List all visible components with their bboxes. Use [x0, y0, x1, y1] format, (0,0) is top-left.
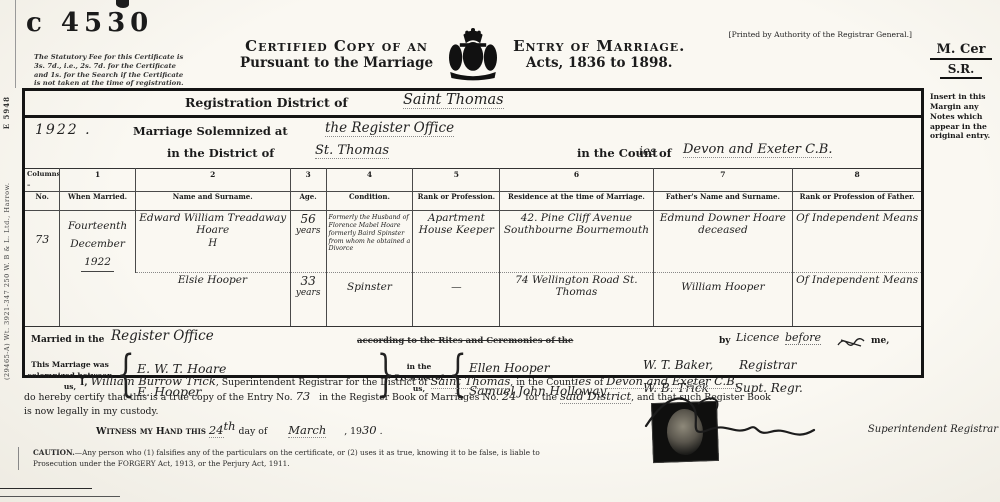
witness-day-suffix: th [224, 419, 236, 433]
superintendent-registrar-label: Superintendent Registrar [868, 424, 998, 435]
marriage-register-table: Columns: – 1 2 3 4 5 6 7 8 No. When Marr… [25, 168, 921, 326]
line2-c: for the [525, 392, 557, 403]
bride-age: 33 [293, 274, 324, 288]
printed-by-authority-note: [Printed by Authority of the Registrar G… [729, 30, 912, 39]
header-father-name: Father's Name and Surname. [653, 192, 793, 211]
registration-district-value: Saint Thomas [403, 92, 504, 109]
columns-label: Columns: – [25, 169, 60, 192]
line2-b: in the Register Book of Marriages No. [319, 392, 499, 403]
statutory-fee-note: The Statutory Fee for this Certificate i… [34, 53, 186, 88]
groom-name-mark: H [138, 238, 288, 249]
caution-text: —Any person who (1) falsifies any of the… [33, 448, 540, 468]
margin-code-mcer: M. Cer [930, 42, 992, 60]
district-label: in the District of [167, 146, 274, 160]
groom-age-unit: years [293, 226, 324, 236]
header-when-married: When Married. [60, 192, 135, 211]
bride-name-cell: Elsie Hooper [135, 273, 290, 327]
year-handwritten: 30 [362, 423, 377, 437]
caution-label: CAUTION. [33, 448, 75, 457]
bride-age-cell: 33 years [290, 273, 326, 327]
married-in-place: Register Office [111, 328, 214, 344]
after-name-text: , Superintendent Registrar for the Distr… [216, 377, 428, 388]
bottom-left-rule-2 [0, 496, 120, 497]
header-father-rank: Rank or Profession of Father. [793, 192, 921, 211]
said-district: said District [560, 389, 631, 404]
scribble-mark [837, 337, 865, 349]
certificate-body-box: Registration District of Saint Thomas 19… [22, 88, 924, 378]
by-label: by [719, 336, 731, 346]
groom-age-cell: 56 years [290, 211, 326, 273]
entry-year: 1922 . [35, 122, 92, 138]
header-age: Age. [290, 192, 326, 211]
bride-condition: Spinster [326, 273, 413, 327]
witness-end: . [380, 426, 383, 437]
groom-age: 56 [293, 212, 324, 226]
count-of: of [594, 377, 603, 388]
margin-code-sr: S.R. [940, 62, 982, 79]
registrar-title: Registrar [739, 358, 796, 372]
counties-value: Devon and Exeter C.B. [683, 142, 832, 158]
count-ies: ies [575, 374, 591, 388]
certifier-name: William Burrow Trick [91, 374, 216, 388]
column-number-1: 1 [60, 169, 135, 192]
column-number-3: 3 [290, 169, 326, 192]
married-in-row: Married in the Register Office according… [25, 326, 921, 353]
caution-note: CAUTION.—Any person who (1) falsifies an… [18, 447, 581, 470]
title-acts: Acts, 1836 to 1898. [513, 55, 685, 71]
groom-father-rank: Of Independent Means [793, 211, 921, 273]
solemnized-label: Marriage Solemnized at [133, 124, 288, 138]
bottom-left-rule-1 [0, 488, 92, 489]
header-condition: Condition. [326, 192, 413, 211]
bride-father-rank: Of Independent Means [793, 273, 921, 327]
licence-word: Licence [736, 331, 779, 344]
column-number-7: 7 [653, 169, 793, 192]
title-certified-copy: Certified Copy of an [240, 37, 433, 55]
entry-number-cell: 73 [25, 211, 60, 327]
column-number-5: 5 [413, 169, 500, 192]
groom-condition: Formerly the Husband of Florence Mabel H… [326, 211, 413, 273]
certified-district: Saint Thomas [431, 374, 511, 389]
margin-codes: M. Cer S.R. [930, 42, 992, 79]
left-margin-code: E 5948 [2, 96, 11, 129]
witness-label: Witness my Hand this [96, 426, 206, 437]
witness-month: March [288, 423, 326, 438]
header-no: No. [25, 192, 60, 211]
registration-district-label: Registration District of [185, 95, 348, 110]
left-edge-line [15, 0, 16, 88]
witness-day: 24 [209, 423, 224, 438]
title-entry-of-marriage: Entry of Marriage. [513, 37, 685, 55]
i-label: I, [80, 377, 88, 388]
district-value: St. Thomas [315, 143, 389, 159]
column-number-2: 2 [135, 169, 290, 192]
groom-residence: 42. Pine Cliff Avenue Southbourne Bourne… [500, 211, 653, 273]
counties-of-label: of [659, 146, 672, 160]
count-label: , in the Count [510, 377, 574, 388]
solemnized-place: the Register Office [325, 120, 454, 137]
header-rank-profession: Rank or Profession. [413, 192, 500, 211]
me-label: me, [871, 336, 889, 346]
title-pursuant: Pursuant to the Marriage [240, 55, 433, 71]
column-number-8: 8 [793, 169, 921, 192]
certificate-number: c 4530 [26, 8, 153, 38]
solemnized-row: 1922 . Marriage Solemnized at the Regist… [25, 118, 921, 168]
line2-a: do hereby certify that this is a true co… [24, 392, 293, 403]
groom-name: Edward William Treadaway Hoare [138, 212, 288, 236]
bride-father-name: William Hooper [653, 273, 793, 327]
groom-name-cell: Edward William Treadaway Hoare H [135, 211, 290, 273]
masthead: Certified Copy of an Pursuant to the Mar… [240, 25, 726, 83]
certification-line-1: I, William Burrow Trick, Superintendent … [24, 375, 976, 390]
insert-margin-note: Insert in this Margin any Notes which ap… [930, 92, 1000, 141]
masthead-right: Entry of Marriage. Acts, 1836 to 1898. [513, 37, 685, 71]
royal-coat-of-arms-icon [443, 25, 503, 83]
bride-residence: 74 Wellington Road St. Thomas [500, 273, 653, 327]
table-row-groom: 73 Fourteenth December 1922 Edward Willi… [25, 211, 921, 273]
column-headers-row: No. When Married. Name and Surname. Age.… [25, 192, 921, 211]
year-printed: , 19 [344, 426, 362, 437]
table-row-bride: Elsie Hooper 33 years Spinster — 74 Well… [25, 273, 921, 327]
when-married-month: December [62, 235, 132, 253]
when-married-year: 1922 [81, 253, 114, 272]
column-number-6: 6 [500, 169, 653, 192]
left-margin-printers-code: (29465-A) Wt. 3921-347 250 W. B & L. Ltd… [3, 130, 11, 380]
marriage-certificate-page: c 4530 The Statutory Fee for this Certif… [0, 0, 1000, 502]
masthead-left: Certified Copy of an Pursuant to the Mar… [240, 37, 433, 71]
registrar-signature-scrawl [638, 390, 888, 452]
counties-ies-overwrite: ies [639, 144, 656, 158]
when-married-day: Fourteenth [62, 217, 132, 235]
groom-father-name: Edmund Downer Hoare deceased [653, 211, 793, 273]
married-in-label: Married in the [31, 335, 104, 345]
book-no: 24 [502, 389, 517, 403]
groom-rank: Apartment House Keeper [413, 211, 500, 273]
registration-district-row: Registration District of Saint Thomas [25, 91, 921, 118]
certified-entry-no: 73 [296, 389, 311, 403]
header-residence: Residence at the time of Marriage. [500, 192, 653, 211]
registrar-signature: W. T. Baker, [643, 358, 713, 372]
day-of-label: day of [239, 426, 268, 437]
header-name-surname: Name and Surname. [135, 192, 290, 211]
bride-age-unit: years [293, 288, 324, 298]
column-numbers-row: Columns: – 1 2 3 4 5 6 7 8 [25, 169, 921, 192]
when-married-cell: Fourteenth December 1922 [60, 211, 135, 327]
column-number-4: 4 [326, 169, 413, 192]
certified-counties: Devon and Exeter C.B. [606, 374, 738, 389]
before-word: before [785, 331, 821, 345]
bride-rank: — [413, 273, 500, 327]
ink-speck [116, 0, 129, 8]
